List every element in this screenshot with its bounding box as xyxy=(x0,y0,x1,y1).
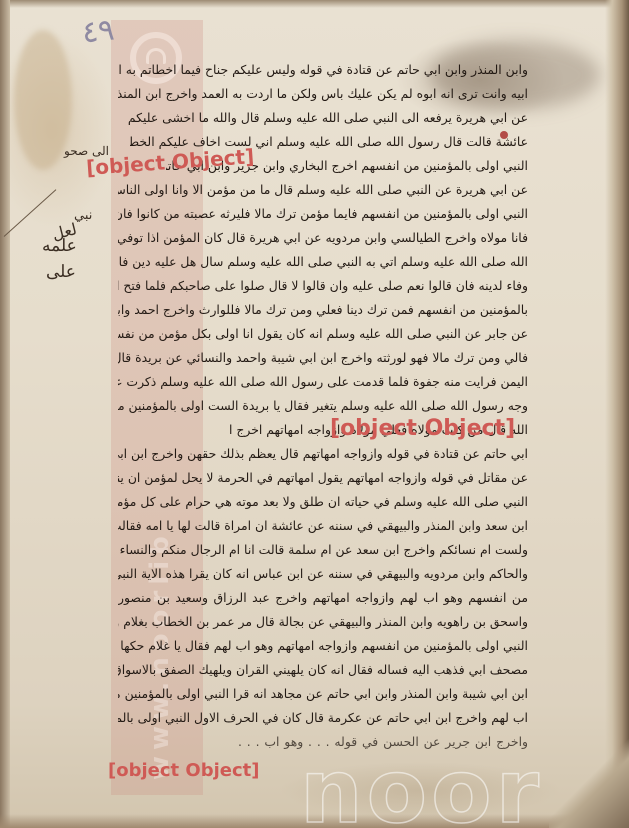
text-line: وفاء لدينه فان قالوا نعم صلى عليه وان قا… xyxy=(118,274,528,298)
page-edge-right xyxy=(605,0,629,828)
text-line: ابن ابي شيبة وابن المنذر وابن ابي حاتم ع… xyxy=(118,682,528,706)
marginal-stroke xyxy=(4,189,57,237)
text-line: ابي حاتم عن قتادة في قوله وازواجه امهاته… xyxy=(118,442,528,466)
page-number: ٤٩ xyxy=(80,12,116,50)
manuscript-page: www.noorlib ٤٩ وابن المنذر وابن ابي حاتم… xyxy=(0,0,629,828)
text-line: عن ابي هريرة يرفعه الى النبي صلى الله عل… xyxy=(128,106,528,130)
text-line: الله صلى الله عليه وسلم اتي به النبي صلى… xyxy=(118,250,528,274)
page-edge-top xyxy=(0,0,629,8)
text-line: ابن سعد وابن المنذر والبيهقي في سننه عن … xyxy=(118,514,528,538)
text-line: واسحق بن راهويه وابن المنذر والبيهقي عن … xyxy=(118,610,528,634)
marginal-note: الى صحو xyxy=(64,144,109,158)
rubric-heading: [object Object] xyxy=(330,416,515,441)
marginal-note: علمه xyxy=(42,236,77,256)
text-line: اب لهم واخرج ابن ابي حاتم عن عكرمة قال ك… xyxy=(118,706,528,730)
text-line: ابيه وانت ترى انه ابوه لم يكن عليك باس و… xyxy=(118,82,528,106)
section-end-dot-icon xyxy=(500,131,508,139)
page-edge-left xyxy=(0,0,10,828)
text-line: وابن المنذر وابن ابي حاتم عن قتادة في قو… xyxy=(118,58,528,82)
rubric-heading: [object Object] xyxy=(108,760,259,781)
torn-corner xyxy=(549,708,629,828)
text-line: من انفسهم وهو اب لهم وازواجه امهاتهم واخ… xyxy=(118,586,528,610)
marginal-note: على xyxy=(46,262,76,282)
text-line: فالي ومن ترك مالا فهو لورثته واخرج ابن ا… xyxy=(118,346,528,370)
text-line: بالمؤمنين من انفسهم فمن ترك دينا فعلي وم… xyxy=(118,298,528,322)
text-line: عن مقاتل في قوله وازواجه امهاتهم يقول ام… xyxy=(118,466,528,490)
text-line: النبي صلى الله عليه وسلم في حياته ان طلق… xyxy=(118,490,528,514)
text-line: عن جابر عن النبي صلى الله عليه وسلم انه … xyxy=(118,322,528,346)
text-line: اليمن فرايت منه جفوة فلما قدمت على رسول … xyxy=(118,370,528,394)
text-line: عن ابي هريرة عن النبي صلى الله عليه وسلم… xyxy=(118,178,528,202)
text-line: ولست ام نسائكم واخرج ابن سعد عن ام سلمة … xyxy=(118,538,528,562)
text-line: وجه رسول الله صلى الله عليه وسلم يتغير ف… xyxy=(118,394,528,418)
text-line: النبي اولى بالمؤمنين من انفسهم وازواجه ا… xyxy=(118,634,528,658)
text-line: مصحف ابي فذهب اليه فساله فقال انه كان يل… xyxy=(118,658,528,682)
marginal-note: نبي xyxy=(74,208,92,223)
text-line: النبي اولى بالمؤمنين من انفسهم فايما مؤم… xyxy=(118,202,528,226)
text-line: والحاكم وابن مردويه والبيهقي في سننه عن … xyxy=(118,562,528,586)
watermark-bottom-text: noor xyxy=(300,748,543,828)
text-line: فانا مولاه واخرج الطيالسي وابن مردويه عن… xyxy=(118,226,528,250)
